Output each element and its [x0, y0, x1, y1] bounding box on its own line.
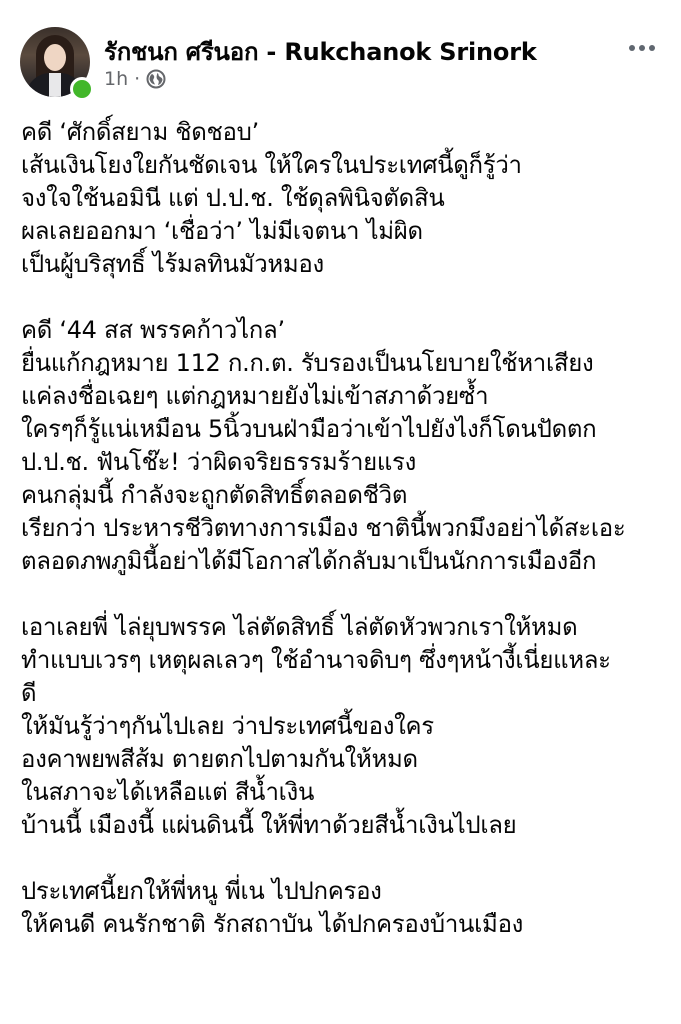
post-text-line: ผลเลยออกมา ‘เชื่อว่า’ ไม่มีเจตนา ไม่ผิด	[21, 215, 677, 248]
post-paragraph-2: คดี ‘44 สส พรรคก้าวไกล’ ยื่นแก้กฎหมาย 11…	[21, 314, 677, 578]
post-text-line: บ้านนี้ เมืองนี้ แผ่นดินนี้ ให้พี่ทาด้วย…	[21, 809, 677, 842]
post-text-line: เรียกว่า ประหารชีวิตทางการเมือง ชาตินี้พ…	[21, 512, 677, 545]
post-text-line: องคาพยพสีส้ม ตายตกไปตามกันให้หมด	[21, 743, 677, 776]
post-text-line: ใครๆก็รู้แน่เหมือน 5นิ้วบนฝ่ามือว่าเข้าไ…	[21, 413, 677, 446]
more-options-button[interactable]	[620, 36, 664, 60]
post-header: รักชนก ศรีนอก - Rukchanok Srinork 1h ·	[0, 0, 681, 110]
online-status-icon	[70, 77, 94, 101]
post-text-line: แค่ลงชื่อเฉยๆ แต่กฎหมายยังไม่เข้าสภาด้วย…	[21, 380, 677, 413]
ellipsis-dot-icon	[649, 45, 655, 51]
post-text-line: ตลอดภพภูมินี้อย่าได้มีโอกาสได้กลับมาเป็น…	[21, 545, 677, 578]
post-text-line: ป.ป.ช. ฟันโช๊ะ! ว่าผิดจริยธรรมร้ายแรง	[21, 446, 677, 479]
globe-icon[interactable]	[146, 69, 166, 89]
post-text-line: เอาเลยพี่ ไล่ยุบพรรค ไล่ตัดสิทธิ์ ไล่ตัด…	[21, 611, 677, 644]
post-text-line: ประเทศนี้ยกให้พี่หนู พี่เน ไปปกครอง	[21, 875, 677, 908]
post-text-line: คดี ‘44 สส พรรคก้าวไกล’	[21, 314, 677, 347]
avatar-face-shape	[44, 44, 66, 71]
meta-separator: ·	[134, 68, 140, 90]
post-text-line: ยื่นแก้กฎหมาย 112 ก.ก.ต. รับรองเป็นนโยบา…	[21, 347, 677, 380]
post-text-line: ดี	[21, 677, 677, 710]
post-paragraph-1: คดี ‘ศักดิ์สยาม ชิดชอบ’ เส้นเงินโยงใยกัน…	[21, 116, 677, 281]
post-text-line: ในสภาจะได้เหลือแต่ สีน้ำเงิน	[21, 776, 677, 809]
post-text-line: คนกลุ่มนี้ กำลังจะถูกตัดสิทธิ์ตลอดชีวิต	[21, 479, 677, 512]
ellipsis-dot-icon	[639, 45, 645, 51]
post-text-line: ทำแบบเวรๆ เหตุผลเลวๆ ใช้อำนาจดิบๆ ซึ่งๆห…	[21, 644, 677, 677]
ellipsis-dot-icon	[629, 45, 635, 51]
post-text-line: เส้นเงินโยงใยกันชัดเจน ให้ใครในประเทศนี้…	[21, 149, 677, 182]
post-paragraph-3: เอาเลยพี่ ไล่ยุบพรรค ไล่ตัดสิทธิ์ ไล่ตัด…	[21, 611, 677, 842]
post-paragraph-4: ประเทศนี้ยกให้พี่หนู พี่เน ไปปกครอง ให้ค…	[21, 875, 677, 941]
post-text-line: ให้คนดี คนรักชาติ รักสถาบัน ได้ปกครองบ้า…	[21, 908, 677, 941]
post-text-line: เป็นผู้บริสุทธิ์ ไร้มลทินมัวหมอง	[21, 248, 677, 281]
post-body: คดี ‘ศักดิ์สยาม ชิดชอบ’ เส้นเงินโยงใยกัน…	[21, 116, 677, 941]
post-timestamp[interactable]: 1h	[104, 68, 128, 90]
post-text-line: คดี ‘ศักดิ์สยาม ชิดชอบ’	[21, 116, 677, 149]
post-meta: 1h ·	[104, 68, 166, 90]
author-name-link[interactable]: รักชนก ศรีนอก - Rukchanok Srinork	[104, 32, 537, 71]
avatar-shirt-shape	[49, 73, 61, 97]
post-text-line: ให้มันรู้ว่าๆกันไปเลย ว่าประเทศนี้ของใคร	[21, 710, 677, 743]
post-text-line: จงใจใช้นอมินี แต่ ป.ป.ช. ใช้ดุลพินิจตัดส…	[21, 182, 677, 215]
